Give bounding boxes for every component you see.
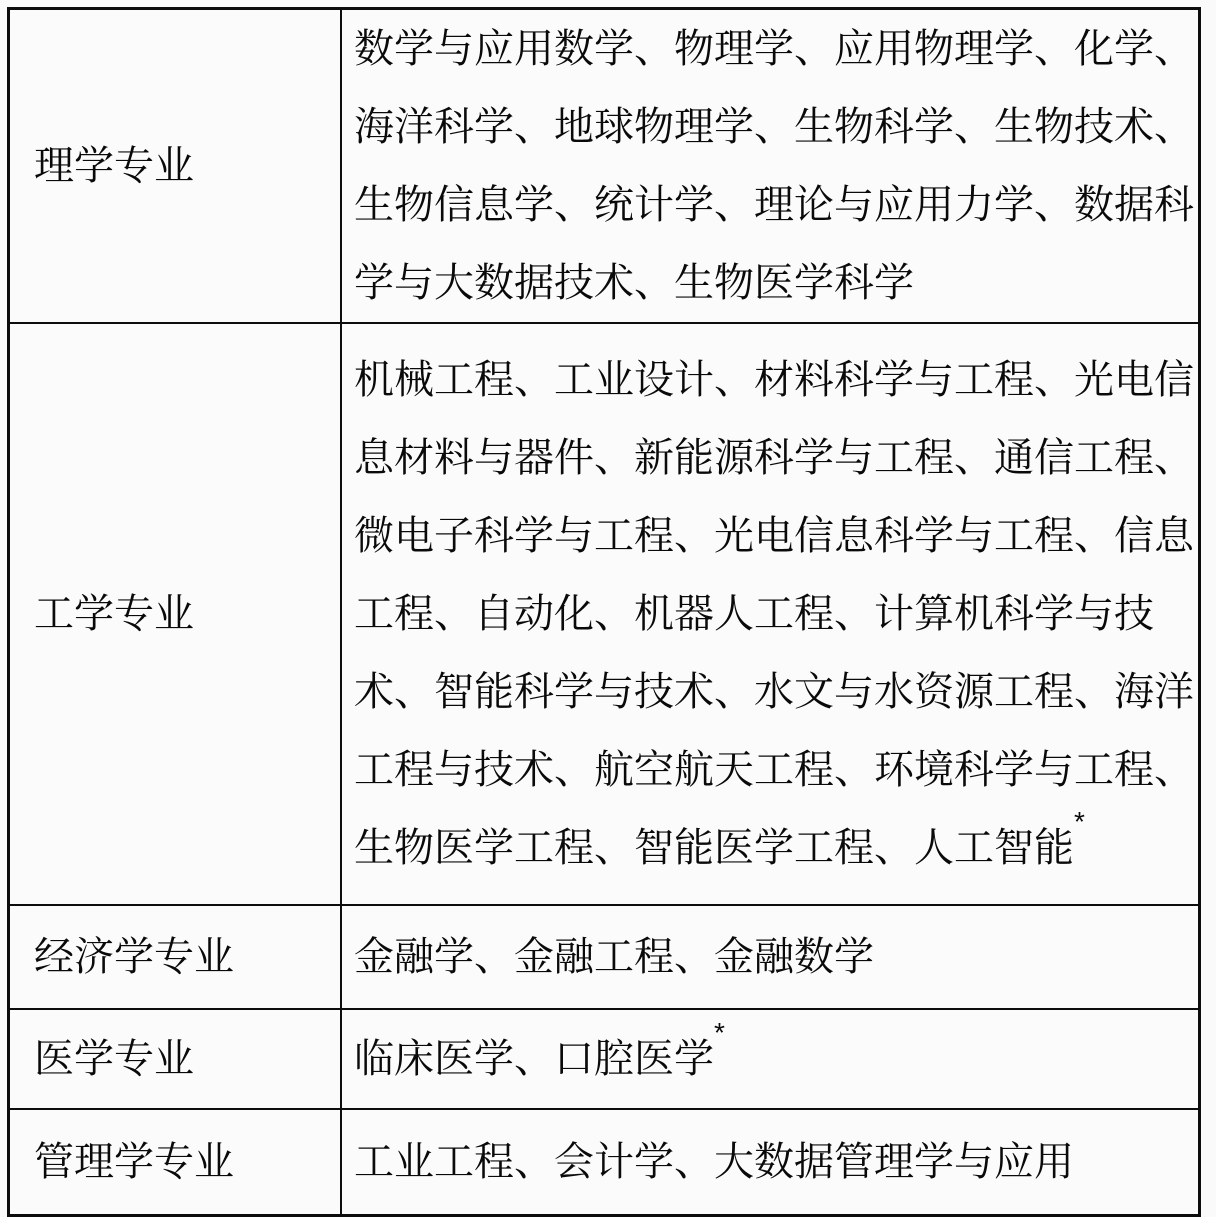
majors-cell: 工业工程、会计学、大数据管理学与应用 xyxy=(342,1110,1198,1214)
footnote-asterisk: * xyxy=(1074,806,1085,837)
major-name: 数学与应用数学 xyxy=(354,27,634,71)
majors-cell: 临床医学、口腔医学* xyxy=(342,1010,1198,1108)
major-name: 金融工程 xyxy=(514,935,674,979)
major-name: 大数据管理学与应用 xyxy=(714,1140,1074,1184)
separator: 、 xyxy=(554,748,594,792)
separator: 、 xyxy=(434,592,474,636)
major-name: 光电信息科学与工程 xyxy=(714,514,1074,558)
separator: 、 xyxy=(514,105,554,149)
major-name: 会计学 xyxy=(554,1140,674,1184)
category-label: 理学专业 xyxy=(34,141,194,191)
category-cell: 理学专业 xyxy=(10,10,342,322)
major-name: 地球物理学 xyxy=(554,105,754,149)
separator: 、 xyxy=(1074,670,1114,714)
separator: 、 xyxy=(394,670,434,714)
separator: 、 xyxy=(554,183,594,227)
separator: 、 xyxy=(834,748,874,792)
major-name: 环境科学与工程 xyxy=(874,748,1154,792)
category-label: 医学专业 xyxy=(34,1034,194,1084)
separator: 、 xyxy=(714,670,754,714)
category-cell: 管理学专业 xyxy=(10,1110,342,1214)
majors-cell: 数学与应用数学、物理学、应用物理学、化学、海洋科学、地球物理学、生物科学、生物技… xyxy=(342,10,1198,322)
separator: 、 xyxy=(594,436,634,480)
major-name: 材料科学与工程 xyxy=(754,358,1034,402)
table-row: 工学专业机械工程、工业设计、材料科学与工程、光电信息材料与器件、新能源科学与工程… xyxy=(10,322,1198,904)
majors-list: 机械工程、工业设计、材料科学与工程、光电信息材料与器件、新能源科学与工程、通信工… xyxy=(354,341,1196,887)
separator: 、 xyxy=(1034,183,1074,227)
major-name: 自动化 xyxy=(474,592,594,636)
major-name: 通信工程 xyxy=(994,436,1154,480)
major-name: 生物信息学 xyxy=(354,183,554,227)
major-name: 新能源科学与工程 xyxy=(634,436,954,480)
category-cell: 医学专业 xyxy=(10,1010,342,1108)
major-name: 智能医学工程 xyxy=(634,826,874,870)
major-name: 微电子科学与工程 xyxy=(354,514,674,558)
separator: 、 xyxy=(514,1037,554,1081)
separator: 、 xyxy=(714,183,754,227)
separator: 、 xyxy=(474,935,514,979)
major-name: 工业工程 xyxy=(354,1140,514,1184)
separator: 、 xyxy=(514,1140,554,1184)
separator: 、 xyxy=(834,592,874,636)
major-name: 化学 xyxy=(1074,27,1154,71)
separator: 、 xyxy=(954,105,994,149)
table-row: 管理学专业工业工程、会计学、大数据管理学与应用 xyxy=(10,1108,1198,1214)
separator: 、 xyxy=(954,436,994,480)
table-row: 经济学专业金融学、金融工程、金融数学 xyxy=(10,904,1198,1008)
majors-cell: 金融学、金融工程、金融数学 xyxy=(342,906,1198,1008)
majors-cell: 机械工程、工业设计、材料科学与工程、光电信息材料与器件、新能源科学与工程、通信工… xyxy=(342,324,1198,904)
majors-table-body: 理学专业数学与应用数学、物理学、应用物理学、化学、海洋科学、地球物理学、生物科学… xyxy=(10,10,1198,1214)
major-name: 人工智能 xyxy=(914,826,1074,870)
major-name: 金融数学 xyxy=(714,935,874,979)
category-cell: 经济学专业 xyxy=(10,906,342,1008)
category-label: 管理学专业 xyxy=(34,1137,234,1187)
category-label: 工学专业 xyxy=(34,589,194,639)
separator: 、 xyxy=(874,826,914,870)
major-name: 口腔医学 xyxy=(554,1037,714,1081)
separator: 、 xyxy=(674,935,714,979)
category-label: 经济学专业 xyxy=(34,932,234,982)
footnote-asterisk: * xyxy=(714,1017,725,1048)
separator: 、 xyxy=(514,358,554,402)
major-name: 临床医学 xyxy=(354,1037,514,1081)
separator: 、 xyxy=(1034,358,1074,402)
major-name: 机器人工程 xyxy=(634,592,834,636)
separator: 、 xyxy=(714,358,754,402)
major-name: 生物科学 xyxy=(794,105,954,149)
majors-list: 数学与应用数学、物理学、应用物理学、化学、海洋科学、地球物理学、生物科学、生物技… xyxy=(354,10,1196,322)
major-name: 生物技术 xyxy=(994,105,1154,149)
major-name: 航空航天工程 xyxy=(594,748,834,792)
major-name: 统计学 xyxy=(594,183,714,227)
table-row: 医学专业临床医学、口腔医学* xyxy=(10,1008,1198,1108)
separator: 、 xyxy=(674,1140,714,1184)
major-name: 水文与水资源工程 xyxy=(754,670,1074,714)
table-row: 理学专业数学与应用数学、物理学、应用物理学、化学、海洋科学、地球物理学、生物科学… xyxy=(10,10,1198,322)
majors-table: 理学专业数学与应用数学、物理学、应用物理学、化学、海洋科学、地球物理学、生物科学… xyxy=(7,7,1201,1216)
majors-list: 金融学、金融工程、金融数学 xyxy=(354,918,1196,996)
separator: 、 xyxy=(1154,748,1194,792)
separator: 、 xyxy=(594,592,634,636)
major-name: 机械工程 xyxy=(354,358,514,402)
major-name: 生物医学工程 xyxy=(354,826,594,870)
major-name: 理论与应用力学 xyxy=(754,183,1034,227)
major-name: 金融学 xyxy=(354,935,474,979)
separator: 、 xyxy=(634,27,674,71)
separator: 、 xyxy=(1154,27,1194,71)
separator: 、 xyxy=(674,514,714,558)
separator: 、 xyxy=(1154,436,1194,480)
major-name: 生物医学科学 xyxy=(674,261,914,305)
separator: 、 xyxy=(1034,27,1074,71)
major-name: 海洋科学 xyxy=(354,105,514,149)
majors-list: 工业工程、会计学、大数据管理学与应用 xyxy=(354,1123,1196,1201)
separator: 、 xyxy=(1154,105,1194,149)
separator: 、 xyxy=(594,826,634,870)
category-cell: 工学专业 xyxy=(10,324,342,904)
separator: 、 xyxy=(1074,514,1114,558)
major-name: 智能科学与技术 xyxy=(434,670,714,714)
separator: 、 xyxy=(634,261,674,305)
majors-list: 临床医学、口腔医学* xyxy=(354,1020,1196,1098)
major-name: 物理学 xyxy=(674,27,794,71)
separator: 、 xyxy=(794,27,834,71)
major-name: 应用物理学 xyxy=(834,27,1034,71)
separator: 、 xyxy=(754,105,794,149)
major-name: 工业设计 xyxy=(554,358,714,402)
